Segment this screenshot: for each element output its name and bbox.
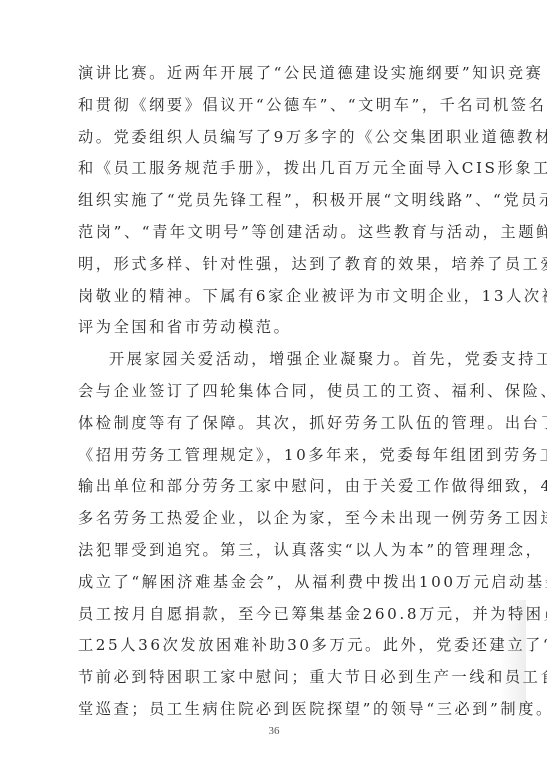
text-line: 《招用劳务工管理规定》，10多年来，党委每年组团到劳务工: [78, 440, 506, 472]
document-page: 演讲比赛。近两年开展了“公民道德建设实施纲要”知识竞赛 和贯彻《纲要》倡议开“公…: [0, 0, 547, 770]
text-line: 演讲比赛。近两年开展了“公民道德建设实施纲要”知识竞赛: [78, 58, 506, 90]
text-line: 体检制度等有了保障。其次，抓好劳务工队伍的管理。出台了: [78, 408, 506, 440]
text-line: 员工按月自愿捐款，至今已筹集基金260.8万元，并为特困员: [78, 599, 506, 631]
text-line: 明，形式多样、针对性强，达到了教育的效果，培养了员工爱: [78, 249, 506, 281]
body-text: 演讲比赛。近两年开展了“公民道德建设实施纲要”知识竞赛 和贯彻《纲要》倡议开“公…: [78, 58, 506, 726]
text-line: 堂巡查；员工生病住院必到医院探望”的领导“三必到”制度。: [78, 694, 506, 726]
paragraph-start-line: 开展家园关爱活动，增强企业凝聚力。首先，党委支持工: [78, 344, 506, 376]
text-line: 和《员工服务规范手册》，拨出几百万元全面导入CIS形象工程。: [78, 153, 506, 185]
text-line: 范岗”、“青年文明号”等创建活动。这些教育与活动，主题鲜: [78, 217, 506, 249]
text-line: 会与企业签订了四轮集体合同，使员工的工资、福利、保险、: [78, 376, 506, 408]
page-number: 36: [262, 725, 286, 737]
text-line: 工25人36次发放困难补助30多万元。此外，党委还建立了“春: [78, 630, 506, 662]
text-line: 法犯罪受到追究。第三，认真落实“以人为本”的管理理念，: [78, 535, 506, 567]
text-line: 输出单位和部分劳务工家中慰问，由于关爱工作做得细致，4000: [78, 471, 506, 503]
text-line: 组织实施了“党员先锋工程”，积极开展“文明线路”、“党员示: [78, 185, 506, 217]
text-line: 动。党委组织人员编写了9万多字的《公交集团职业道德教材》: [78, 122, 506, 154]
text-line: 岗敬业的精神。下属有6家企业被评为市文明企业，13人次被: [78, 281, 506, 313]
text-line: 节前必到特困职工家中慰问；重大节日必到生产一线和员工食: [78, 662, 506, 694]
text-line: 多名劳务工热爱企业，以企为家，至今未出现一例劳务工因违: [78, 503, 506, 535]
text-line: 和贯彻《纲要》倡议开“公德车”、“文明车”，千名司机签名活: [78, 90, 506, 122]
text-line: 成立了“解困济难基金会”，从福利费中拨出100万元启动基金，: [78, 567, 506, 599]
text-line: 评为全国和省市劳动模范。: [78, 312, 506, 344]
